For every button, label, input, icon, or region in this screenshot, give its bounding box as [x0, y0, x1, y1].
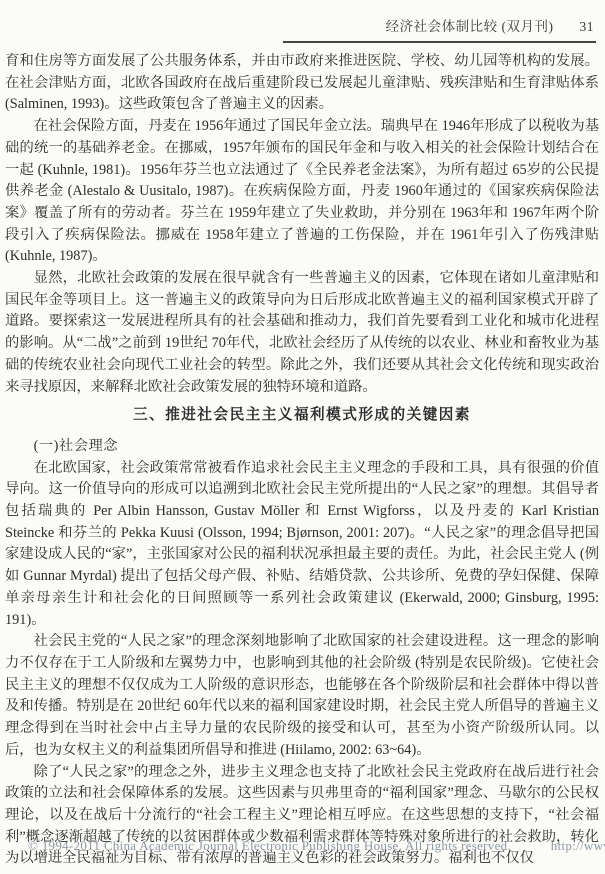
- paragraph: 在北欧国家，社会政策常常被看作追求社会民主主义理念的手段和工具，具有很强的价值导…: [5, 458, 599, 632]
- header-rule: [283, 41, 596, 43]
- journal-title: 经济社会体制比较 (双月刊): [386, 15, 554, 35]
- paragraph: 在社会保险方面，丹麦在 1956年通过了国民年金立法。瑞典早在 1946年形成了…: [5, 116, 599, 268]
- section-heading: 三、推进社会民主主义福利模式形成的关键因素: [5, 405, 599, 427]
- page-header: 经济社会体制比较 (双月刊) 31: [0, 15, 594, 35]
- paragraph: 育和住房等方面发展了公共服务体系，并由市政府来推进医院、学校、幼儿园等机构的发展…: [5, 51, 599, 116]
- paragraph: 显然，北欧社会政策的发展在很早就含有一些普遍主义的因素，它体现在诸如儿童津贴和国…: [5, 268, 599, 398]
- paragraph: 社会民主党的“人民之家”的理念深刻地影响了北欧国家的社会建设进程。这一理念的影响…: [5, 631, 599, 761]
- paragraph: 除了“人民之家”的理念之外，进步主义理念也支持了北欧社会民主党政府在战后进行社会…: [5, 762, 599, 871]
- article-body: 育和住房等方面发展了公共服务体系，并由市政府来推进医院、学校、幼儿园等机构的发展…: [5, 51, 599, 870]
- journal-page: 经济社会体制比较 (双月刊) 31 育和住房等方面发展了公共服务体系，并由市政府…: [0, 0, 605, 874]
- page-number: 31: [580, 19, 595, 35]
- subsection-heading: (一)社会理念: [5, 436, 599, 458]
